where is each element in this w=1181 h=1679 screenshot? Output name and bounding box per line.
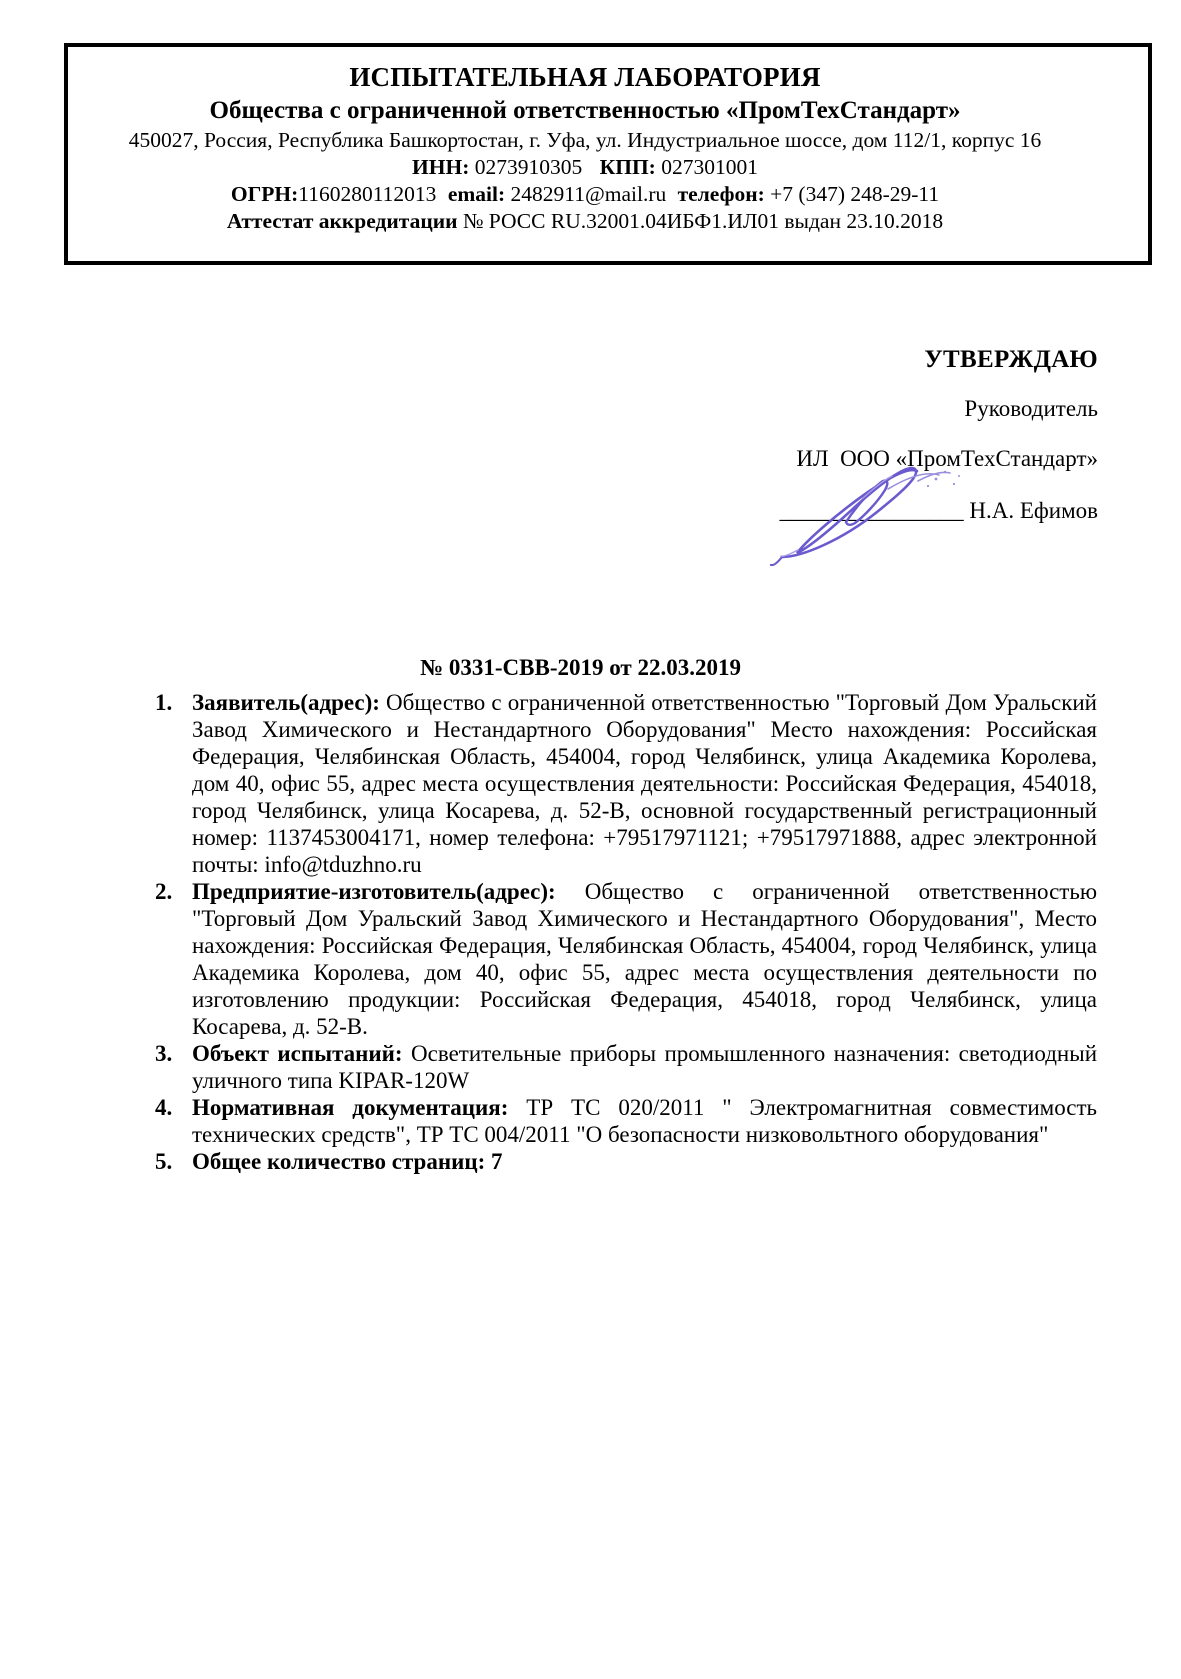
laboratory-letterhead: ИСПЫТАТЕЛЬНАЯ ЛАБОРАТОРИЯ Общества с огр… bbox=[64, 43, 1152, 265]
item-text: Общее количество страниц: 7 bbox=[192, 1148, 1097, 1175]
approver-name: Н.А. Ефимов bbox=[969, 498, 1098, 523]
phone-value: +7 (347) 248-29-11 bbox=[770, 182, 939, 206]
item-value: 7 bbox=[491, 1149, 503, 1174]
item-number: 2. bbox=[155, 878, 192, 1040]
item-number: 5. bbox=[155, 1148, 192, 1175]
list-item-page-count: 5. Общее количество страниц: 7 bbox=[155, 1148, 1097, 1175]
lab-address: 450027, Россия, Республика Башкортостан,… bbox=[74, 127, 1096, 154]
item-number: 3. bbox=[155, 1040, 192, 1094]
item-label: Общее количество страниц: bbox=[192, 1149, 485, 1174]
item-value: Общество с ограниченной ответственностью… bbox=[192, 690, 1097, 877]
approver-organization: ИЛ ООО «ПромТехСтандарт» bbox=[780, 445, 1098, 473]
ogrn-label: ОГРН: bbox=[231, 182, 298, 206]
item-label: Нормативная документация: bbox=[192, 1095, 508, 1120]
kpp-value: 027301001 bbox=[661, 155, 758, 179]
item-label: Предприятие-изготовитель(адрес): bbox=[192, 879, 556, 904]
lab-accreditation-line: Аттестат аккредитации № РОСС RU.32001.04… bbox=[74, 208, 1096, 235]
lab-inn-kpp-line: ИНН: 0273910305 КПП: 027301001 bbox=[74, 154, 1096, 181]
phone-label: телефон: bbox=[678, 182, 765, 206]
item-label: Заявитель(адрес): bbox=[192, 690, 380, 715]
item-text: Объект испытаний: Осветительные приборы … bbox=[192, 1040, 1097, 1094]
item-text: Заявитель(адрес): Общество с ограниченно… bbox=[192, 689, 1097, 878]
approval-heading: УТВЕРЖДАЮ bbox=[780, 345, 1098, 375]
lab-title: ИСПЫТАТЕЛЬНАЯ ЛАБОРАТОРИЯ bbox=[74, 60, 1096, 94]
accreditation-value: № РОСС RU.32001.04ИБФ1.ИЛ01 выдан 23.10.… bbox=[463, 209, 943, 233]
list-item-test-object: 3. Объект испытаний: Осветительные прибо… bbox=[155, 1040, 1097, 1094]
document-number: № 0331-СВВ-2019 от 22.03.2019 bbox=[64, 653, 1097, 683]
document-body: № 0331-СВВ-2019 от 22.03.2019 1. Заявите… bbox=[64, 653, 1097, 1175]
item-text: Предприятие-изготовитель(адрес): Обществ… bbox=[192, 878, 1097, 1040]
kpp-label: КПП: bbox=[600, 155, 656, 179]
item-number: 1. bbox=[155, 689, 192, 878]
inn-value: 0273910305 bbox=[475, 155, 583, 179]
lab-organization: Общества с ограниченной ответственностью… bbox=[74, 94, 1096, 127]
item-text: Нормативная документация: ТР ТС 020/2011… bbox=[192, 1094, 1097, 1148]
item-number: 4. bbox=[155, 1094, 192, 1148]
item-label: Объект испытаний: bbox=[192, 1041, 403, 1066]
email-label: email: bbox=[448, 182, 505, 206]
approver-role: Руководитель bbox=[780, 395, 1098, 423]
signature-underscores: ________________ bbox=[780, 498, 970, 523]
numbered-list: 1. Заявитель(адрес): Общество с ограниче… bbox=[155, 689, 1097, 1175]
approval-block: УТВЕРЖДАЮ Руководитель ИЛ ООО «ПромТехСт… bbox=[780, 345, 1098, 525]
ogrn-value: 1160280112013 bbox=[298, 182, 436, 206]
signature-line: ________________ Н.А. Ефимов bbox=[780, 497, 1098, 525]
list-item-normative-docs: 4. Нормативная документация: ТР ТС 020/2… bbox=[155, 1094, 1097, 1148]
list-item-applicant: 1. Заявитель(адрес): Общество с ограниче… bbox=[155, 689, 1097, 878]
lab-ogrn-contacts-line: ОГРН:1160280112013 email: 2482911@mail.r… bbox=[74, 181, 1096, 208]
document-page: { "header_box": { "title": "ИСПЫТАТЕЛЬНА… bbox=[0, 0, 1181, 1679]
inn-label: ИНН: bbox=[412, 155, 469, 179]
email-value: 2482911@mail.ru bbox=[511, 182, 667, 206]
list-item-manufacturer: 2. Предприятие-изготовитель(адрес): Обще… bbox=[155, 878, 1097, 1040]
accreditation-label: Аттестат аккредитации bbox=[227, 209, 458, 233]
